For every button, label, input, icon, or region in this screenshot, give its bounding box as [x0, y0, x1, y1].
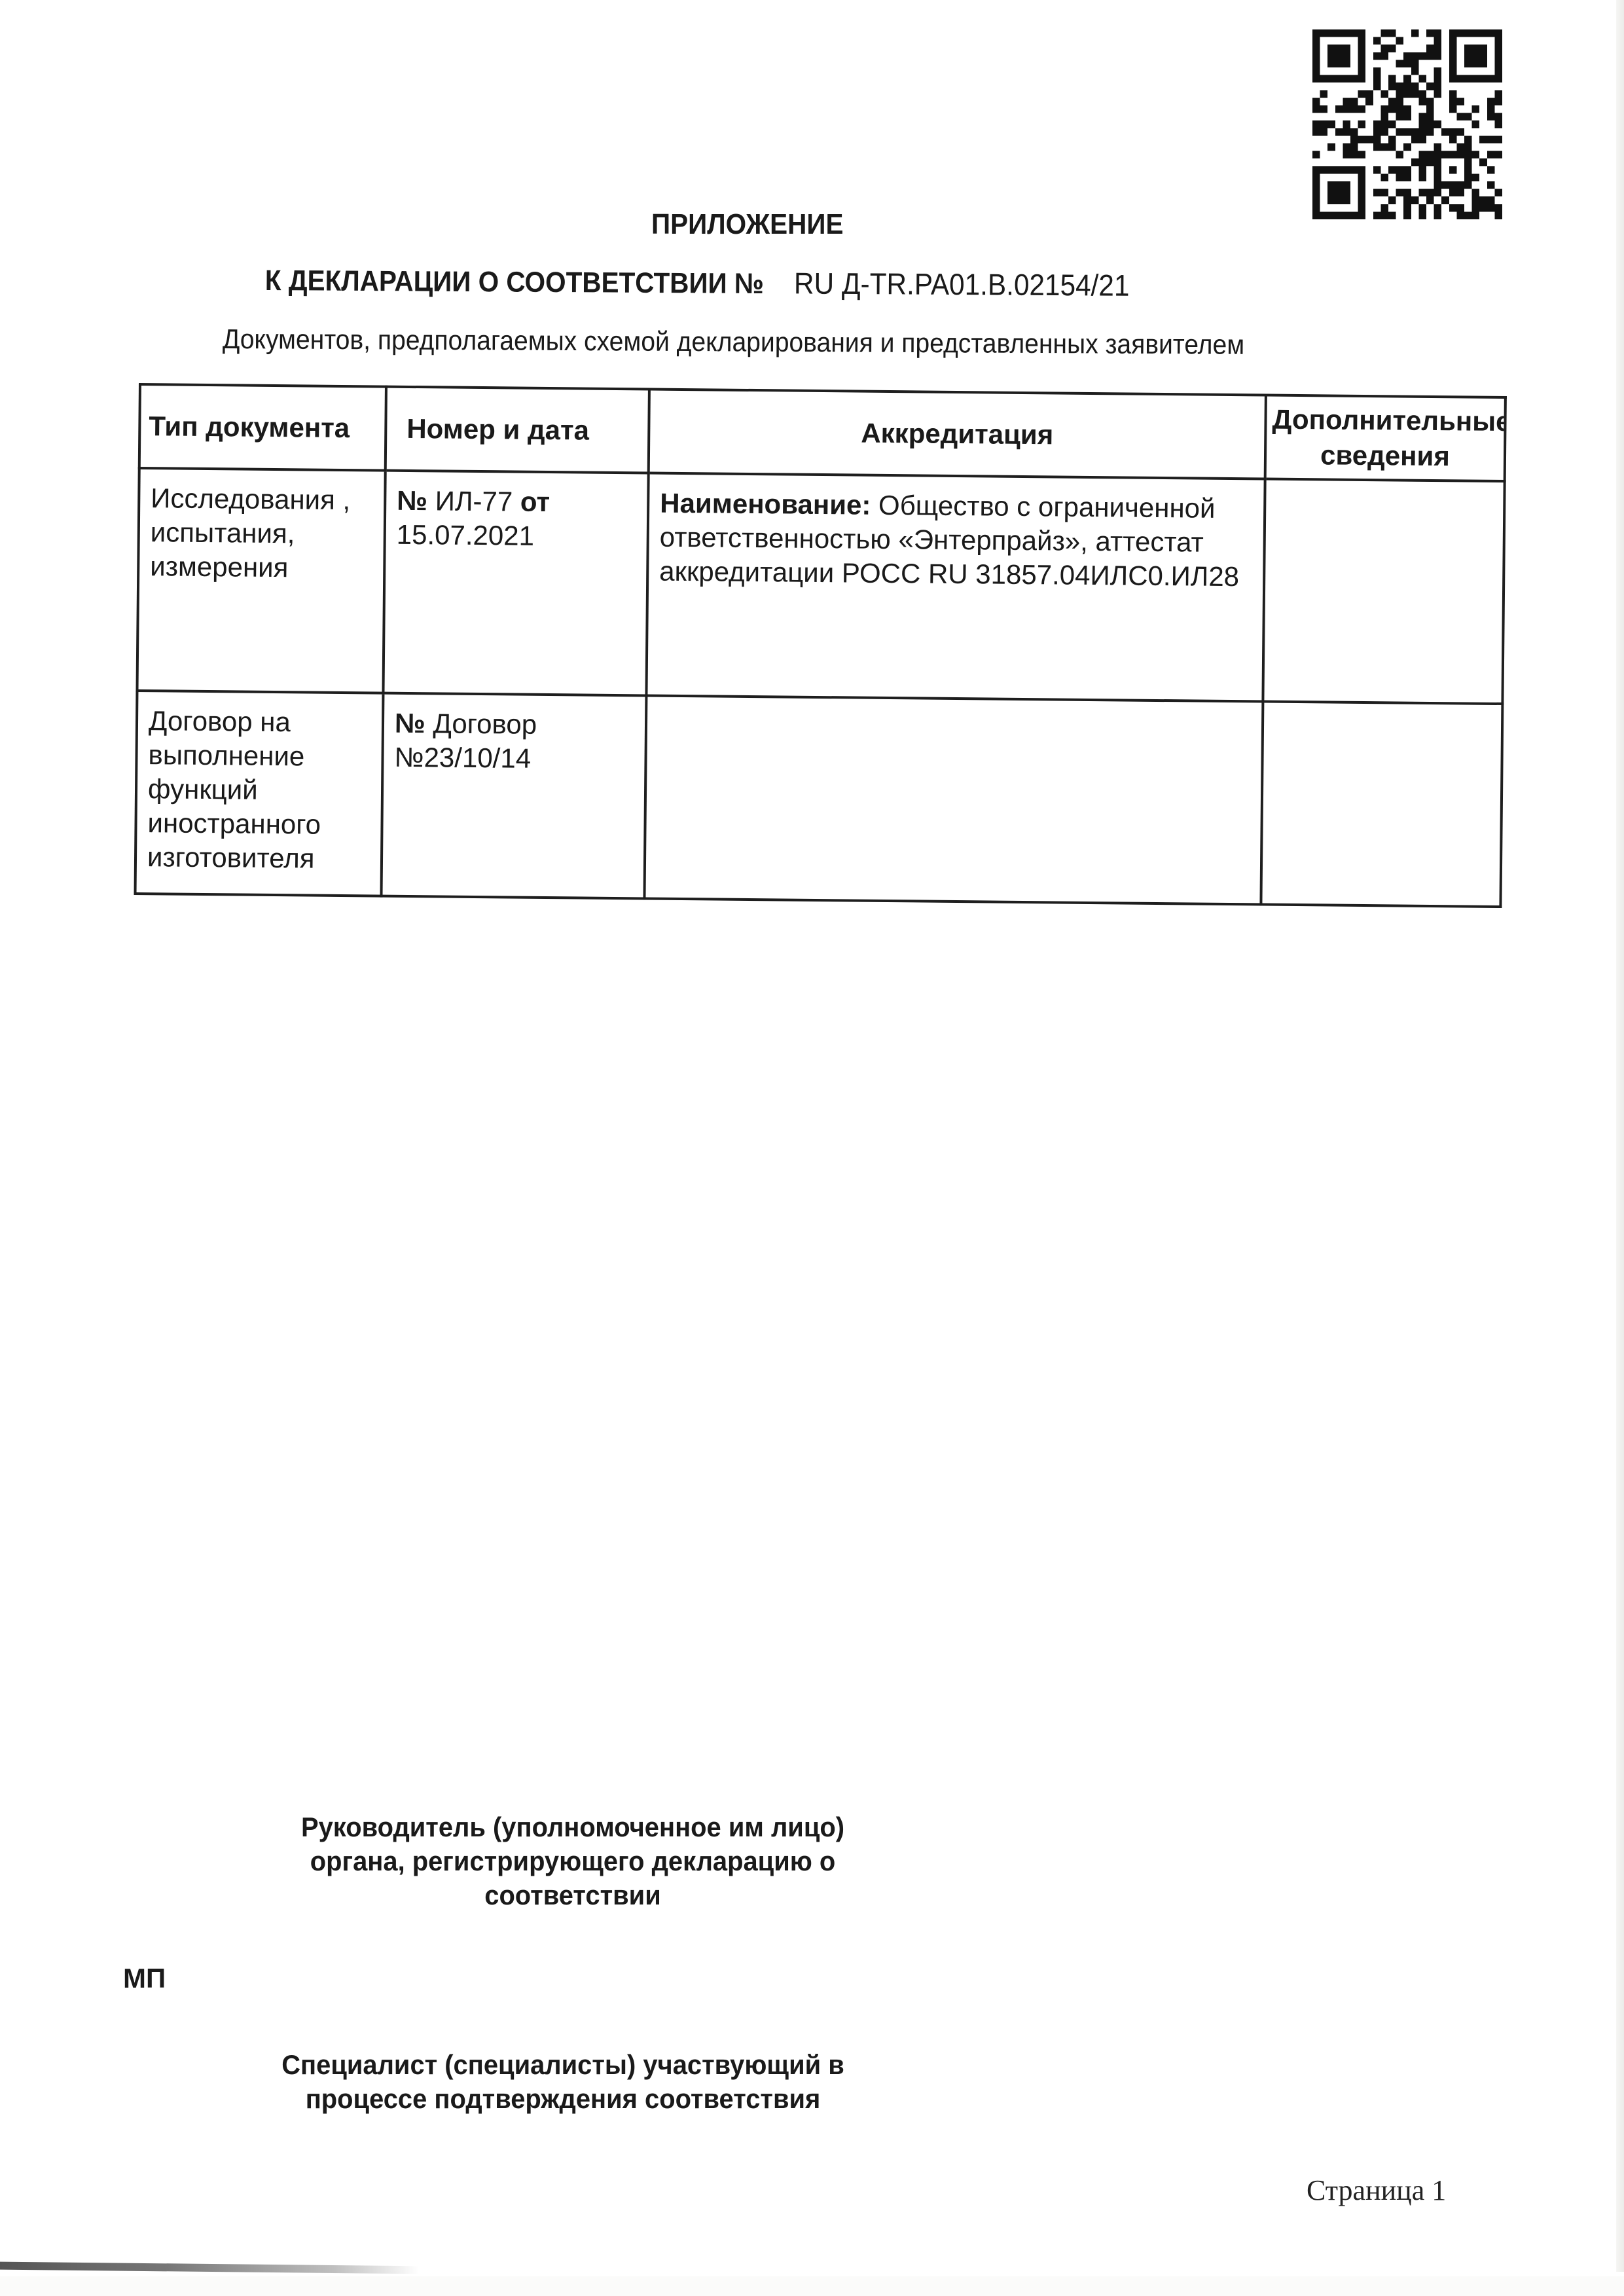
cell-accreditation: Наименование: Общество с ограниченной от…: [646, 473, 1265, 701]
number-sign: №: [397, 485, 427, 516]
cell-number-date: № Договор №23/10/14: [381, 693, 646, 899]
number-from: от: [520, 486, 550, 517]
appendix-title: ПРИЛОЖЕНИЕ: [651, 208, 843, 241]
qr-code-icon: [1312, 29, 1502, 219]
declaration-title: К ДЕКЛАРАЦИИ О СООТВЕТСТВИИ №RU Д-TR.PA0…: [265, 262, 1130, 303]
cell-document-type: Исследования , испытания, измерения: [137, 468, 385, 693]
document-page: ПРИЛОЖЕНИЕ К ДЕКЛАРАЦИИ О СООТВЕТСТВИИ №…: [0, 0, 1624, 2296]
scan-shadow: [0, 2262, 419, 2274]
cell-accreditation: [644, 695, 1263, 904]
stamp-placeholder-label: МП: [123, 1963, 166, 1994]
column-header-document-type: Тип документа: [139, 384, 386, 471]
number-sign: №: [395, 708, 425, 738]
page-number: Страница 1: [1307, 2174, 1446, 2207]
scan-edge: [1616, 0, 1624, 2272]
specialist-signature-title: Специалист (специалисты) участвующий в п…: [234, 2048, 893, 2116]
cell-document-type: Договор на выполнение функций иностранно…: [135, 691, 384, 896]
document-subtitle: Документов, предполагаемых схемой деклар…: [223, 323, 1244, 361]
head-signature-title: Руководитель (уполномоченное им лицо) ор…: [253, 1810, 893, 1912]
cell-number-date: № ИЛ-77 от15.07.2021: [383, 471, 648, 696]
documents-table: Тип документа Номер и дата Аккредитация …: [134, 383, 1506, 908]
accreditation-label: Наименование:: [660, 488, 871, 520]
declaration-number: RU Д-TR.PA01.B.02154/21: [794, 266, 1130, 302]
number-value: ИЛ-77: [427, 485, 520, 517]
column-header-accreditation: Аккредитация: [649, 389, 1266, 479]
cell-additional-info: [1261, 702, 1502, 907]
number-date: 15.07.2021: [397, 519, 535, 551]
table-row: Договор на выполнение функций иностранно…: [135, 691, 1503, 907]
table-row: Исследования , испытания, измерения № ИЛ…: [137, 468, 1504, 704]
column-header-additional-info: Дополнительные сведения: [1265, 395, 1506, 482]
document-type-text: Договор на выполнение функций иностранно…: [147, 704, 371, 876]
column-header-number-date: Номер и дата: [386, 387, 649, 473]
scan-bottom-band: [0, 2276, 1624, 2296]
declaration-title-text: К ДЕКЛАРАЦИИ О СООТВЕТСТВИИ №: [265, 264, 764, 300]
cell-additional-info: [1263, 479, 1504, 704]
table-header-row: Тип документа Номер и дата Аккредитация …: [139, 384, 1506, 481]
